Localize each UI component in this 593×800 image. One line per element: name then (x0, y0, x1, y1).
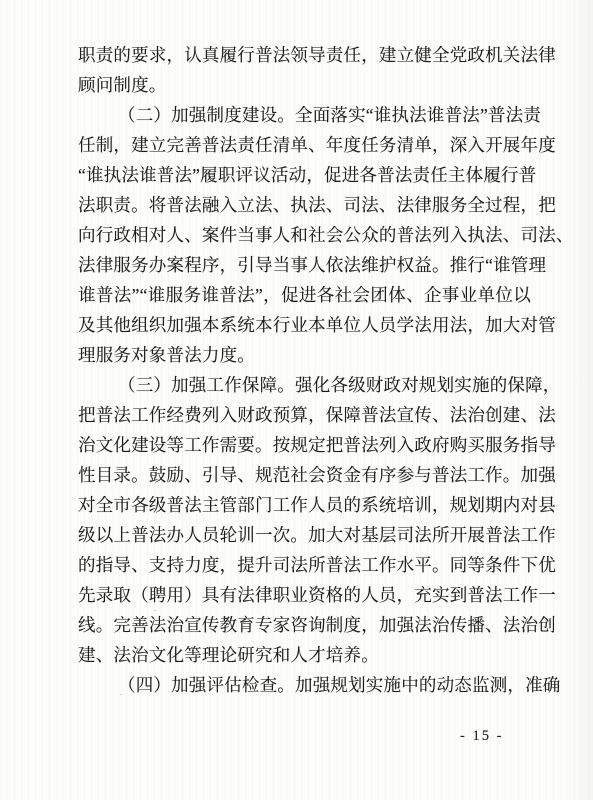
text-line: 的指导、支持力度，提升司法所普法工作水平。同等条件下优 (78, 550, 531, 580)
text-line: （四）加强评估检查。加强规划实施中的动态监测，准确 (78, 670, 531, 700)
text-line: 对全市各级普法主管部门工作人员的系统培训，规划期内对县 (78, 490, 531, 520)
document-page: 职责的要求，认真履行普法领导责任，建立健全党政机关法律顾问制度。（二）加强制度建… (0, 0, 593, 800)
page-number: - 15 - (460, 728, 503, 745)
text-line: （二）加强制度建设。全面落实“谁执法谁普法”普法责 (78, 100, 531, 130)
text-line: “谁执法谁普法”履职评议活动，促进各普法责任主体履行普 (78, 160, 531, 190)
text-line: 顾问制度。 (78, 70, 531, 100)
text-line: 向行政相对人、案件当事人和社会公众的普法列入执法、司法、 (78, 220, 531, 250)
text-line: 线。完善法治宣传教育专家咨询制度，加强法治传播、法治创 (78, 610, 531, 640)
text-line: 性目录。鼓励、引导、规范社会资金有序参与普法工作。加强 (78, 460, 531, 490)
text-line: 谁普法”“谁服务谁普法”，促进各社会团体、企事业单位以 (78, 280, 531, 310)
text-line: 职责的要求，认真履行普法领导责任，建立健全党政机关法律 (78, 40, 531, 70)
text-line: 建、法治文化等理论研究和人才培养。 (78, 640, 531, 670)
text-line: （三）加强工作保障。强化各级财政对规划实施的保障， (78, 370, 531, 400)
scan-speck (154, 610, 156, 611)
text-line: 法职责。将普法融入立法、执法、司法、法律服务全过程，把 (78, 190, 531, 220)
body-text: 职责的要求，认真履行普法领导责任，建立健全党政机关法律顾问制度。（二）加强制度建… (78, 40, 531, 700)
text-line: 法律服务办案程序，引导当事人依法维护权益。推行“谁管理 (78, 250, 531, 280)
text-line: 治文化建设等工作需要。按规定把普法列入政府购买服务指导 (78, 430, 531, 460)
text-line: 理服务对象普法力度。 (78, 340, 531, 370)
text-line: 把普法工作经费列入财政预算，保障普法宣传、法治创建、法 (78, 400, 531, 430)
text-line: 先录取（聘用）具有法律职业资格的人员，充实到普法工作一 (78, 580, 531, 610)
text-line: 级以上普法办人员轮训一次。加大对基层司法所开展普法工作 (78, 520, 531, 550)
text-line: 任制，建立完善普法责任清单、年度任务清单，深入开展年度 (78, 130, 531, 160)
scan-speck (120, 694, 122, 695)
text-line: 及其他组织加强本系统本行业本单位人员学法用法，加大对管 (78, 310, 531, 340)
scan-speck (483, 468, 485, 470)
